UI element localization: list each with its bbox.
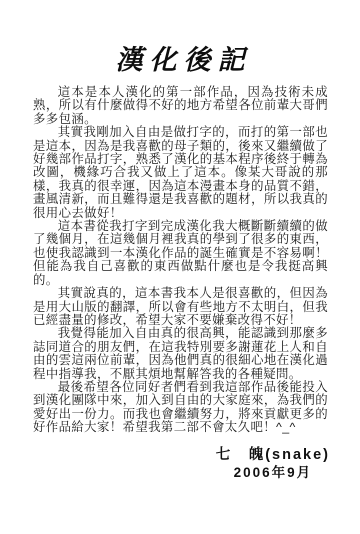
signature-date: 2006年9月 bbox=[216, 464, 330, 481]
paragraph-1: 這本是本人漢化的第一部作品，因為技術未成熟，所以有什麼做得不好的地方希望各位前輩… bbox=[33, 86, 328, 126]
afterword-page: 漢化後記 這本是本人漢化的第一部作品，因為技術未成熟，所以有什麼做得不好的地方希… bbox=[0, 0, 360, 534]
paragraph-3: 這本書從我打字到完成漢化我大概斷斷續續的做了幾個月，在這幾個月裡我真的學到了很多… bbox=[33, 220, 328, 287]
paragraph-6: 最後希望各位同好者們看到我這部作品後能投入到漢化團隊中來，加入到自由的大家庭來，… bbox=[33, 381, 328, 435]
afterword-title: 漢化後記 bbox=[0, 0, 360, 76]
paragraph-5: 我覺得能加入自由真的很高興，能認識到那麼多誌同道合的朋友們，在這我特別要多謝蓮花… bbox=[33, 327, 328, 381]
paragraph-2: 其實我剛加入自由是做打字的，而打的第一部也是這本，因為是我喜歡的母子類的，後來又… bbox=[33, 126, 328, 220]
paragraph-4: 其實說真的，這本書我本人是很喜歡的，但因為是用大山版的翻譯，所以會有些地方不太明… bbox=[33, 287, 328, 327]
afterword-body: 這本是本人漢化的第一部作品，因為技術未成熟，所以有什麼做得不好的地方希望各位前輩… bbox=[33, 86, 328, 435]
signature-block: 七 魄(snake) 2006年9月 bbox=[0, 447, 360, 482]
signature-name: 七 魄(snake) bbox=[216, 447, 330, 464]
signature-inner: 七 魄(snake) 2006年9月 bbox=[216, 447, 330, 481]
